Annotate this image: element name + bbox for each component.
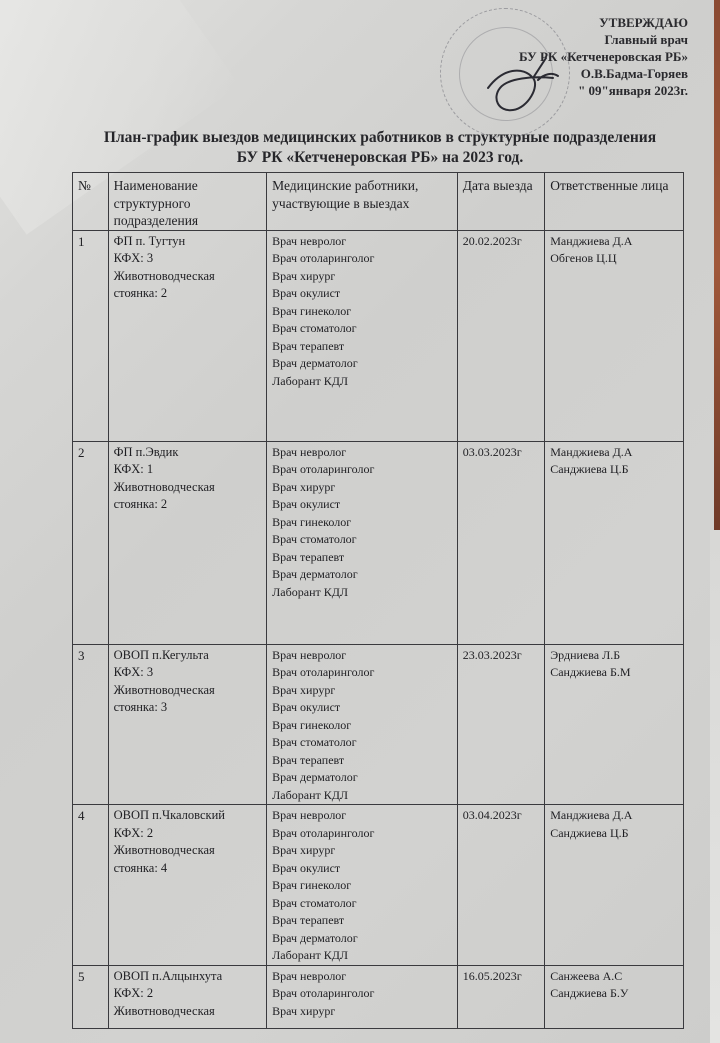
table-row: 1ФП п. ТугтунКФХ: 3Животноводческаястоян… [73,230,684,441]
row-date: 03.04.2023г [457,805,544,966]
staff-member: Врач невролог [272,807,453,825]
staff-member: Врач окулист [272,496,453,514]
staff-member: Врач терапевт [272,549,453,567]
row-unit: ОВОП п.КегультаКФХ: 3Животноводческаясто… [108,644,267,805]
staff-member: Врач окулист [272,285,453,303]
unit-line: Животноводческая [114,479,263,497]
staff-member: Врач невролог [272,233,453,251]
staff-member: Врач гинеколог [272,877,453,895]
staff-member: Врач дерматолог [272,930,453,948]
row-date: 03.03.2023г [457,441,544,644]
header-responsible: Ответственные лица [545,173,684,231]
staff-member: Врач гинеколог [272,303,453,321]
row-number: 3 [73,644,109,805]
staff-member: Лаборант КДЛ [272,947,453,965]
approval-block: УТВЕРЖДАЮ Главный врач БУ РК «Кетченеров… [519,14,688,99]
unit-line: Животноводческая [114,842,263,860]
staff-member: Врач терапевт [272,338,453,356]
table-header-row: № Наименование структурного подразделени… [73,173,684,231]
header-staff: Медицинские работники, участвующие в вые… [267,173,458,231]
staff-member: Врач отоларинголог [272,985,453,1003]
schedule-table: № Наименование структурного подразделени… [72,172,684,1029]
responsible-person: Санджиева Б.У [550,985,679,1003]
staff-member: Лаборант КДЛ [272,787,453,805]
staff-member: Врач отоларинголог [272,825,453,843]
staff-member: Врач хирург [272,842,453,860]
staff-member: Врач хирург [272,268,453,286]
responsible-person: Манджиева Д.А [550,444,679,462]
staff-member: Врач невролог [272,968,453,986]
unit-line: стоянка: 4 [114,860,263,878]
row-responsible: Манджиева Д.АОбгенов Ц.Ц [545,230,684,441]
staff-member: Врач стоматолог [272,895,453,913]
approval-position: Главный врач [519,31,688,48]
staff-member: Врач отоларинголог [272,664,453,682]
unit-line: Животноводческая [114,268,263,286]
staff-member: Врач стоматолог [272,531,453,549]
row-staff: Врач неврологВрач отоларингологВрач хиру… [267,805,458,966]
header-date: Дата выезда [457,173,544,231]
table-row: 4ОВОП п.ЧкаловскийКФХ: 2Животноводческая… [73,805,684,966]
responsible-person: Обгенов Ц.Ц [550,250,679,268]
row-staff: Врач неврологВрач отоларингологВрач хиру… [267,644,458,805]
approval-heading: УТВЕРЖДАЮ [519,14,688,31]
title-line-1: План-график выездов медицинских работник… [60,128,700,148]
row-staff: Врач неврологВрач отоларингологВрач хиру… [267,441,458,644]
staff-member: Врач дерматолог [272,355,453,373]
unit-line: ФП п. Тугтун [114,233,263,251]
staff-member: Врач хирург [272,1003,453,1021]
table-body: 1ФП п. ТугтунКФХ: 3Животноводческаястоян… [73,230,684,1028]
row-unit: ФП п.ЭвдикКФХ: 1Животноводческаястоянка:… [108,441,267,644]
table-row: 3ОВОП п.КегультаКФХ: 3Животноводческаяст… [73,644,684,805]
staff-member: Врач стоматолог [272,320,453,338]
row-responsible: Санжеева А.ССанджиева Б.У [545,965,684,1028]
staff-member: Врач невролог [272,444,453,462]
responsible-person: Санджиева Б.М [550,664,679,682]
unit-line: ФП п.Эвдик [114,444,263,462]
unit-line: ОВОП п.Алцынхута [114,968,263,986]
header-num: № [73,173,109,231]
unit-line: КФХ: 2 [114,985,263,1003]
unit-line: КФХ: 3 [114,250,263,268]
title-line-2: БУ РК «Кетченеровская РБ» на 2023 год. [60,148,700,168]
staff-member: Врач терапевт [272,752,453,770]
staff-member: Врач дерматолог [272,566,453,584]
document-title: План-график выездов медицинских работник… [60,128,700,168]
staff-member: Врач окулист [272,860,453,878]
row-date: 20.02.2023г [457,230,544,441]
staff-member: Врач отоларинголог [272,461,453,479]
row-responsible: Манджиева Д.АСанджиева Ц.Б [545,805,684,966]
row-number: 1 [73,230,109,441]
row-staff: Врач неврологВрач отоларингологВрач хиру… [267,965,458,1028]
staff-member: Врач хирург [272,479,453,497]
unit-line: КФХ: 3 [114,664,263,682]
unit-line: стоянка: 2 [114,285,263,303]
row-responsible: Эрдниева Л.БСанджиева Б.М [545,644,684,805]
row-unit: ОВОП п.АлцынхутаКФХ: 2Животноводческая [108,965,267,1028]
staff-member: Врач отоларинголог [272,250,453,268]
table-row: 5ОВОП п.АлцынхутаКФХ: 2ЖивотноводческаяВ… [73,965,684,1028]
staff-member: Врач хирург [272,682,453,700]
responsible-person: Санджиева Ц.Б [550,825,679,843]
row-unit: ОВОП п.ЧкаловскийКФХ: 2Животноводческаяс… [108,805,267,966]
responsible-person: Манджиева Д.А [550,233,679,251]
row-date: 16.05.2023г [457,965,544,1028]
responsible-person: Манджиева Д.А [550,807,679,825]
approval-signatory: О.В.Бадма-Горяев [519,65,688,82]
unit-line: стоянка: 2 [114,496,263,514]
staff-member: Лаборант КДЛ [272,584,453,602]
unit-line: ОВОП п.Кегульта [114,647,263,665]
unit-line: стоянка: 3 [114,699,263,717]
approval-date: " 09"января 2023г. [519,82,688,99]
header-unit: Наименование структурного подразделения [108,173,267,231]
staff-member: Врач невролог [272,647,453,665]
unit-line: ОВОП п.Чкаловский [114,807,263,825]
staff-member: Врач терапевт [272,912,453,930]
table-edge-background [714,0,720,530]
row-number: 5 [73,965,109,1028]
staff-member: Врач гинеколог [272,514,453,532]
document-page: УТВЕРЖДАЮ Главный врач БУ РК «Кетченеров… [0,0,720,1043]
responsible-person: Санджиева Ц.Б [550,461,679,479]
unit-line: КФХ: 2 [114,825,263,843]
staff-member: Врач гинеколог [272,717,453,735]
staff-member: Врач дерматолог [272,769,453,787]
responsible-person: Санжеева А.С [550,968,679,986]
unit-line: КФХ: 1 [114,461,263,479]
row-number: 2 [73,441,109,644]
responsible-person: Эрдниева Л.Б [550,647,679,665]
row-number: 4 [73,805,109,966]
approval-organization: БУ РК «Кетченеровская РБ» [519,48,688,65]
unit-line: Животноводческая [114,682,263,700]
staff-member: Врач стоматолог [272,734,453,752]
row-date: 23.03.2023г [457,644,544,805]
row-unit: ФП п. ТугтунКФХ: 3Животноводческаястоянк… [108,230,267,441]
row-responsible: Манджиева Д.АСанджиева Ц.Б [545,441,684,644]
row-staff: Врач неврологВрач отоларингологВрач хиру… [267,230,458,441]
staff-member: Лаборант КДЛ [272,373,453,391]
table-row: 2ФП п.ЭвдикКФХ: 1Животноводческаястоянка… [73,441,684,644]
unit-line: Животноводческая [114,1003,263,1021]
staff-member: Врач окулист [272,699,453,717]
table-edge-background-light [710,530,720,1043]
